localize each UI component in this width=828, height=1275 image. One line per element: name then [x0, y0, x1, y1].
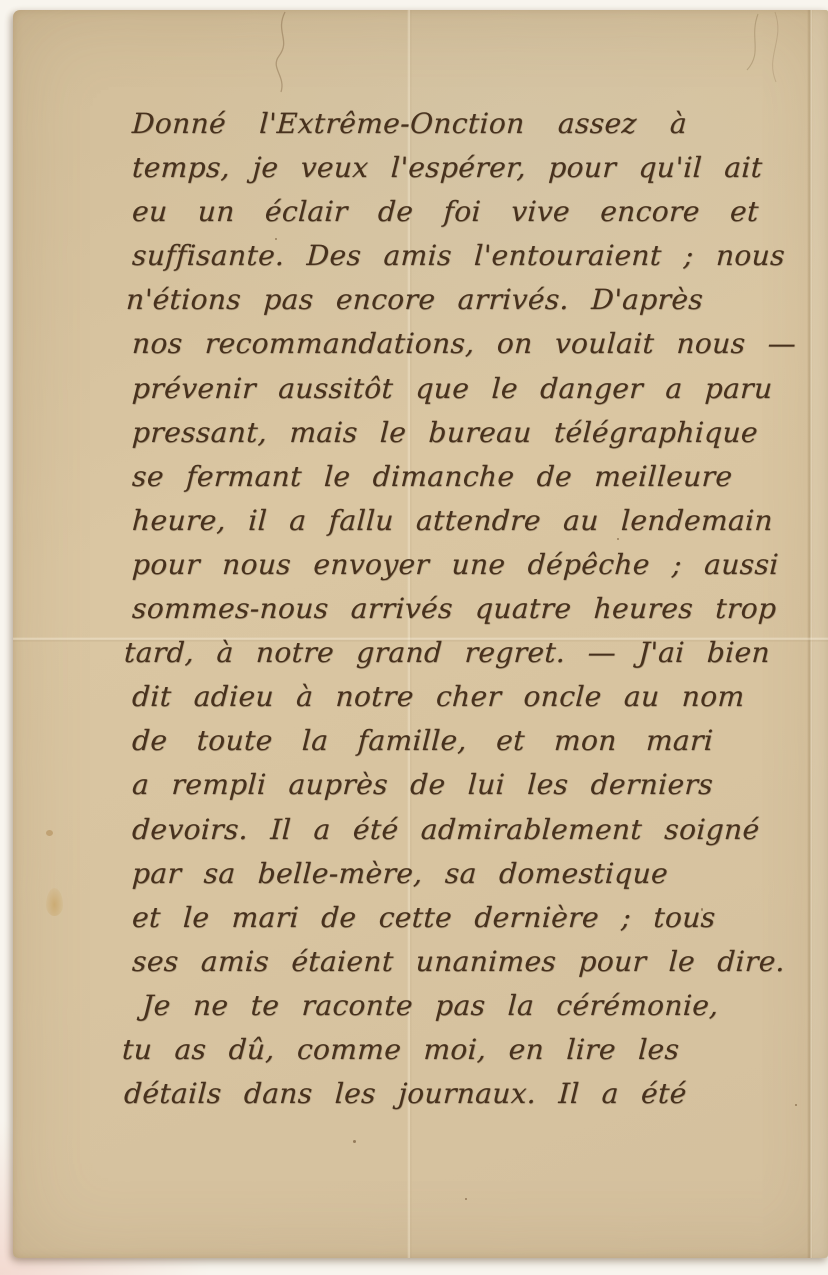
scan-backdrop: Donné l'Extrême-Onction assez à temps, j…	[0, 0, 828, 1275]
letter-line: de toute la famille, et mon mari	[131, 719, 813, 763]
letter-line: sommes-nous arrivés quatre heures trop	[131, 587, 813, 631]
letter-line: tard, à notre grand regret. — J'ai bien	[123, 631, 813, 675]
paper-right-fold-strip	[813, 10, 828, 1258]
letter-line: pour nous envoyer une dépêche ; aussi	[131, 543, 813, 587]
letter-line: dit adieu à notre cher oncle au nom	[131, 675, 813, 719]
letter-line: temps, je veux l'espérer, pour qu'il ait	[131, 146, 813, 190]
letter-line: suffisante. Des amis l'entouraient ; nou…	[131, 234, 813, 278]
letter-text-block: Donné l'Extrême-Onction assez à temps, j…	[131, 102, 811, 1116]
letter-line: a rempli auprès de lui les derniers	[131, 763, 813, 807]
letter-line: prévenir aussitôt que le danger a paru	[131, 367, 813, 411]
letter-paper: Donné l'Extrême-Onction assez à temps, j…	[13, 10, 828, 1258]
letter-line: se fermant le dimanche de meilleure	[131, 455, 813, 499]
letter-line: n'étions pas encore arrivés. D'après	[125, 278, 813, 322]
letter-line: eu un éclair de foi vive encore et	[131, 190, 813, 234]
letter-line: ses amis étaient unanimes pour le dire.	[131, 940, 813, 984]
stain-spot	[46, 830, 53, 836]
letter-line: heure, il a fallu attendre au lendemain	[131, 499, 813, 543]
letter-line: Donné l'Extrême-Onction assez à	[131, 102, 813, 146]
stain-drip	[46, 888, 63, 916]
letter-line: par sa belle-mère, sa domestique	[131, 852, 813, 896]
letter-line: et le mari de cette dernière ; tous	[131, 896, 813, 940]
letter-line: pressant, mais le bureau télégraphique	[131, 411, 813, 455]
letter-line: nos recommandations, on voulait nous —	[131, 322, 813, 366]
letter-line: devoirs. Il a été admirablement soigné	[131, 808, 813, 852]
letter-line: tu as dû, comme moi, en lire les	[121, 1028, 813, 1072]
letter-line: Je ne te raconte pas la cérémonie,	[141, 984, 813, 1028]
paper-speck	[353, 1140, 356, 1143]
letter-line: détails dans les journaux. Il a été	[123, 1072, 813, 1116]
paper-speck	[465, 1198, 467, 1200]
